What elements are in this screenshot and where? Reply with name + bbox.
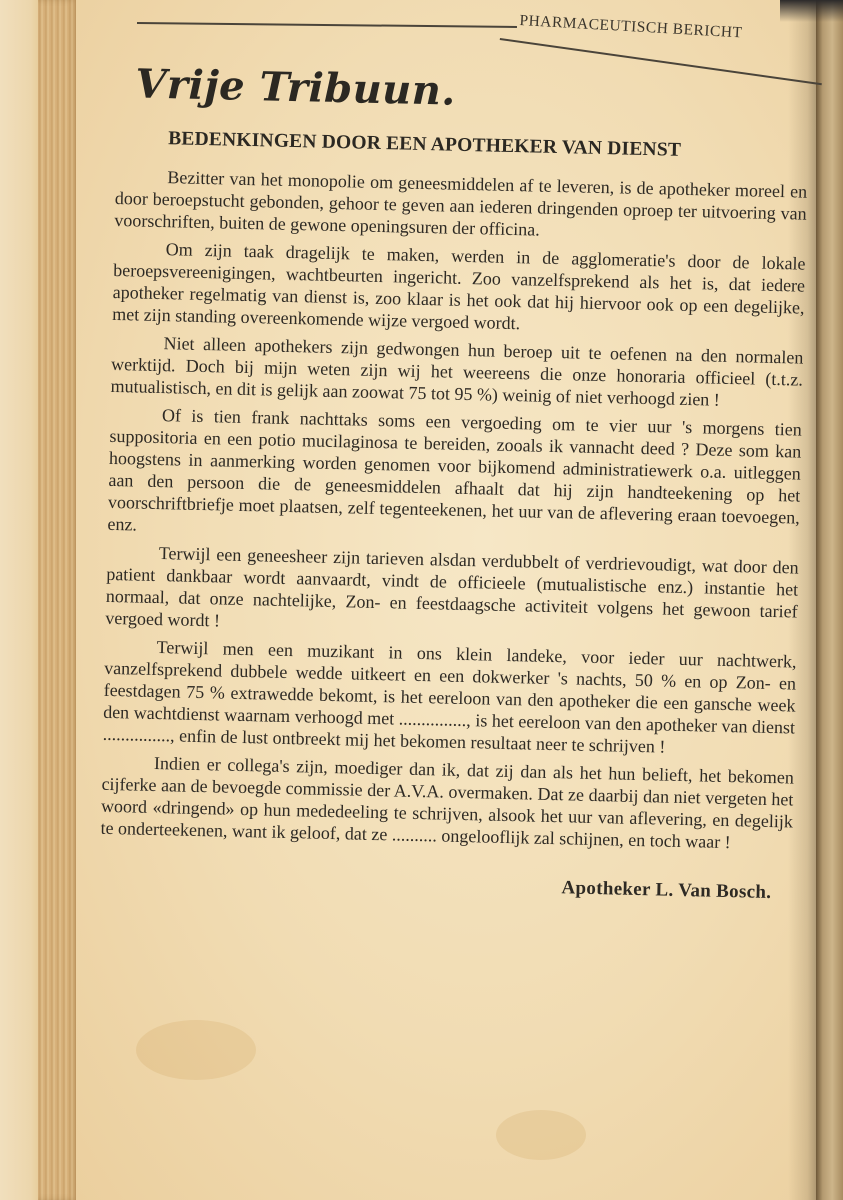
paragraph-text: Niet alleen apothekers zijn gedwongen hu… bbox=[110, 333, 803, 410]
stacked-page-edges bbox=[38, 0, 78, 1200]
paragraph: Terwijl men een muzikant in ons klein la… bbox=[102, 635, 796, 761]
paragraph-text: Indien er collega's zijn, moediger dan i… bbox=[100, 753, 794, 852]
paragraph-text: Terwijl een geneesheer zijn tarieven als… bbox=[105, 543, 799, 630]
paragraph-text: Terwijl men een muzikant in ons klein la… bbox=[102, 637, 796, 757]
paragraph-text: Bezitter van het monopolie om geneesmidd… bbox=[114, 167, 807, 239]
paragraph: Niet alleen apothekers zijn gedwongen hu… bbox=[110, 331, 803, 413]
paper-stain bbox=[136, 1020, 256, 1080]
paragraph-text: Of is tien frank nachttaks soms een verg… bbox=[107, 405, 802, 534]
paragraph-text: Om zijn taak dragelijk te maken, werden … bbox=[112, 239, 806, 333]
paragraph: Bezitter van het monopolie om geneesmidd… bbox=[114, 165, 807, 247]
paragraph: Om zijn taak dragelijk te maken, werden … bbox=[112, 237, 806, 341]
paragraph: Indien er collega's zijn, moediger dan i… bbox=[100, 751, 794, 855]
dark-background bbox=[780, 0, 843, 22]
paragraph: Of is tien frank nachttaks soms een verg… bbox=[107, 403, 802, 551]
paragraph: Terwijl een geneesheer zijn tarieven als… bbox=[105, 541, 799, 645]
paper-stain bbox=[496, 1110, 586, 1160]
article-headline: BEDENKINGEN DOOR EEN APOTHEKER VAN DIENS… bbox=[168, 128, 816, 165]
book-spine bbox=[816, 0, 843, 1200]
article: Vrije Tribuun. BEDENKINGEN DOOR EEN APOT… bbox=[99, 60, 818, 905]
